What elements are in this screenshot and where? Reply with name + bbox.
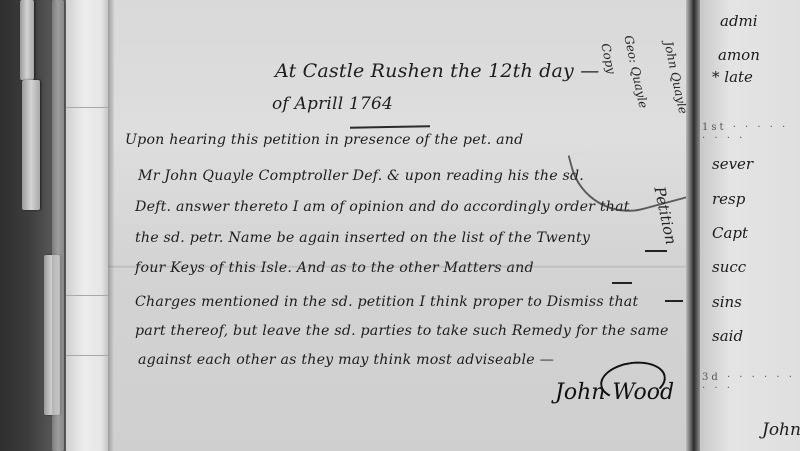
section-mark: 1st bbox=[702, 122, 727, 133]
page-edge bbox=[108, 0, 114, 451]
facing-fragment: * late bbox=[712, 68, 753, 86]
facing-page: admi amon * late 1st · · · · · · · · · s… bbox=[700, 0, 800, 451]
body-line-5: four Keys of this Isle. And as to the ot… bbox=[135, 260, 534, 276]
dotted-leader: 3d · · · · · · · · · bbox=[702, 372, 800, 394]
binding-tab bbox=[22, 80, 40, 210]
heading-line-2: of Aprill 1764 bbox=[272, 94, 393, 114]
body-line-8: against each other as they may think mos… bbox=[138, 352, 554, 368]
facing-fragment: amon bbox=[718, 46, 760, 64]
guard-strip bbox=[66, 0, 110, 451]
facing-fragment: succ bbox=[712, 258, 746, 276]
body-line-3: Deft. answer thereto I am of opinion and… bbox=[135, 199, 630, 215]
guard-seam bbox=[66, 107, 110, 108]
facing-fragment: sins bbox=[712, 293, 742, 311]
facing-fragment: admi bbox=[720, 12, 758, 30]
binding-tab bbox=[20, 0, 34, 80]
body-line-6: Charges mentioned in the sd. petition I … bbox=[135, 294, 638, 310]
guard-seam bbox=[66, 355, 110, 356]
facing-fragment: John bbox=[762, 420, 800, 440]
facing-fragment: sever bbox=[712, 155, 753, 173]
facing-fragment: resp bbox=[712, 190, 745, 208]
section-mark: 3d bbox=[702, 372, 721, 383]
dotted-leader: 1st · · · · · · · · · bbox=[702, 122, 800, 144]
body-line-1: Upon hearing this petition in presence o… bbox=[125, 132, 523, 148]
guard-seam bbox=[66, 295, 110, 296]
body-line-4: the sd. petr. Name be again inserted on … bbox=[135, 230, 590, 246]
body-line-7: part thereof, but leave the sd. parties … bbox=[135, 323, 669, 339]
body-line-2: Mr John Quayle Comptroller Def. & upon r… bbox=[138, 168, 584, 184]
line-end-dash bbox=[665, 300, 683, 302]
signature: John Wood bbox=[555, 380, 674, 405]
line-end-dash bbox=[645, 250, 667, 252]
binding-tab bbox=[52, 0, 64, 451]
heading-line-1: At Castle Rushen the 12th day — bbox=[275, 60, 599, 82]
book-gutter bbox=[686, 0, 700, 451]
facing-fragment: said bbox=[712, 327, 743, 345]
facing-fragment: Capt bbox=[712, 224, 748, 242]
line-end-dash bbox=[612, 282, 632, 284]
